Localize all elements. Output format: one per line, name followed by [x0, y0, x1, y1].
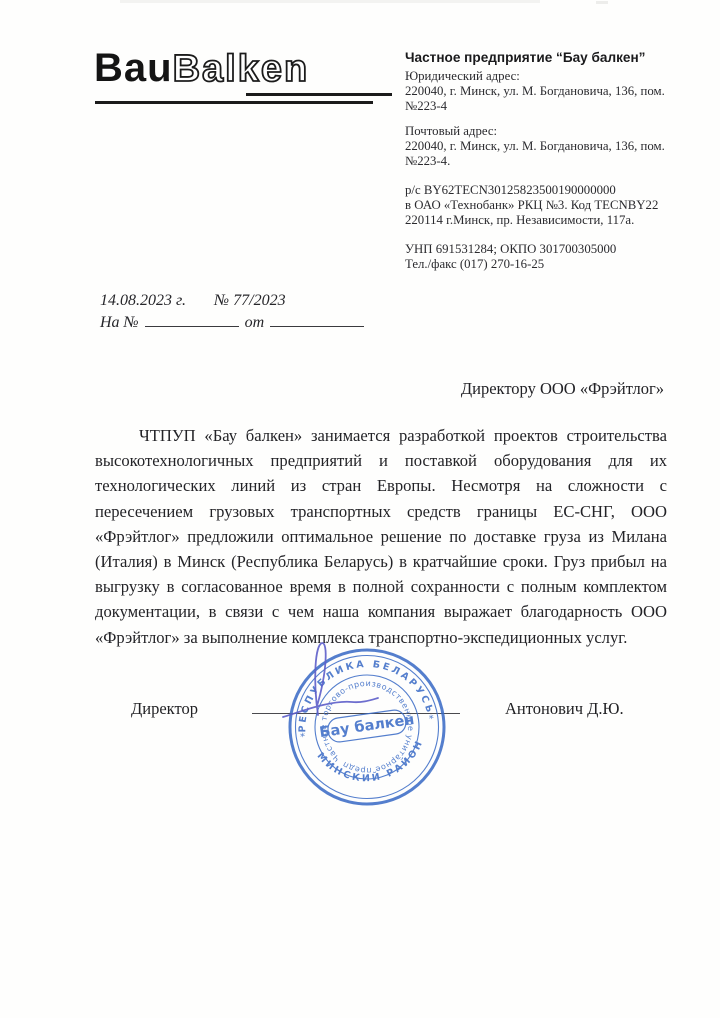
logo-underline [246, 93, 392, 96]
reply-number-blank [145, 312, 239, 327]
bank-address: 220114 г.Минск, пр. Независимости, 117а. [405, 213, 685, 228]
company-logo-text: Bau Balken [94, 46, 309, 91]
signature-flourish-stroke [283, 698, 378, 717]
legal-address: 220040, г. Минск, ул. М. Богдановича, 13… [405, 84, 685, 114]
addressee: Директору ООО «Фрэйтлог» [380, 379, 664, 399]
logo-underline [95, 101, 373, 104]
postal-address-label: Почтовый адрес: [405, 124, 685, 139]
company-name: Частное предприятие “Бау балкен” [405, 50, 685, 66]
bank-name: в ОАО «Технобанк» РКЦ №3. Код TECNBY22 [405, 198, 685, 213]
bank-account: р/с BY62TECN30125823500190000000 [405, 183, 685, 198]
signer-position: Директор [131, 699, 198, 719]
reference-block: 14.08.2023 г. № 77/2023 На №от [100, 292, 420, 332]
signer-name: Антонович Д.Ю. [505, 699, 624, 719]
unp-okpo: УНП 691531284; ОКПО 301700305000 [405, 242, 685, 257]
reply-from-label: от [245, 314, 265, 331]
body-paragraph: ЧТПУП «Бау балкен» занимается разработко… [95, 423, 667, 650]
logo-outline-part: Balken [173, 48, 310, 91]
pen-signature [270, 618, 470, 803]
letter-date: 14.08.2023 г. [100, 292, 186, 309]
reply-label: На № [100, 314, 139, 331]
company-logo: Bau Balken [94, 46, 394, 108]
letter-number: № 77/2023 [214, 292, 286, 309]
scan-artifact [120, 0, 540, 3]
scan-artifact [596, 1, 608, 4]
legal-address-label: Юридический адрес: [405, 69, 685, 84]
company-requisites: Частное предприятие “Бау балкен” Юридиче… [405, 50, 685, 272]
scanned-letter-page: Bau Balken Частное предприятие “Бау балк… [0, 0, 720, 1018]
postal-address: 220040, г. Минск, ул. М. Богдановича, 13… [405, 139, 685, 169]
phone-fax: Тел./факс (017) 270-16-25 [405, 257, 685, 272]
logo-bold-part: Bau [94, 46, 173, 91]
reply-date-blank [270, 312, 364, 327]
reference-reply-line: На №от [100, 312, 420, 332]
reference-date-line: 14.08.2023 г. № 77/2023 [100, 292, 420, 310]
